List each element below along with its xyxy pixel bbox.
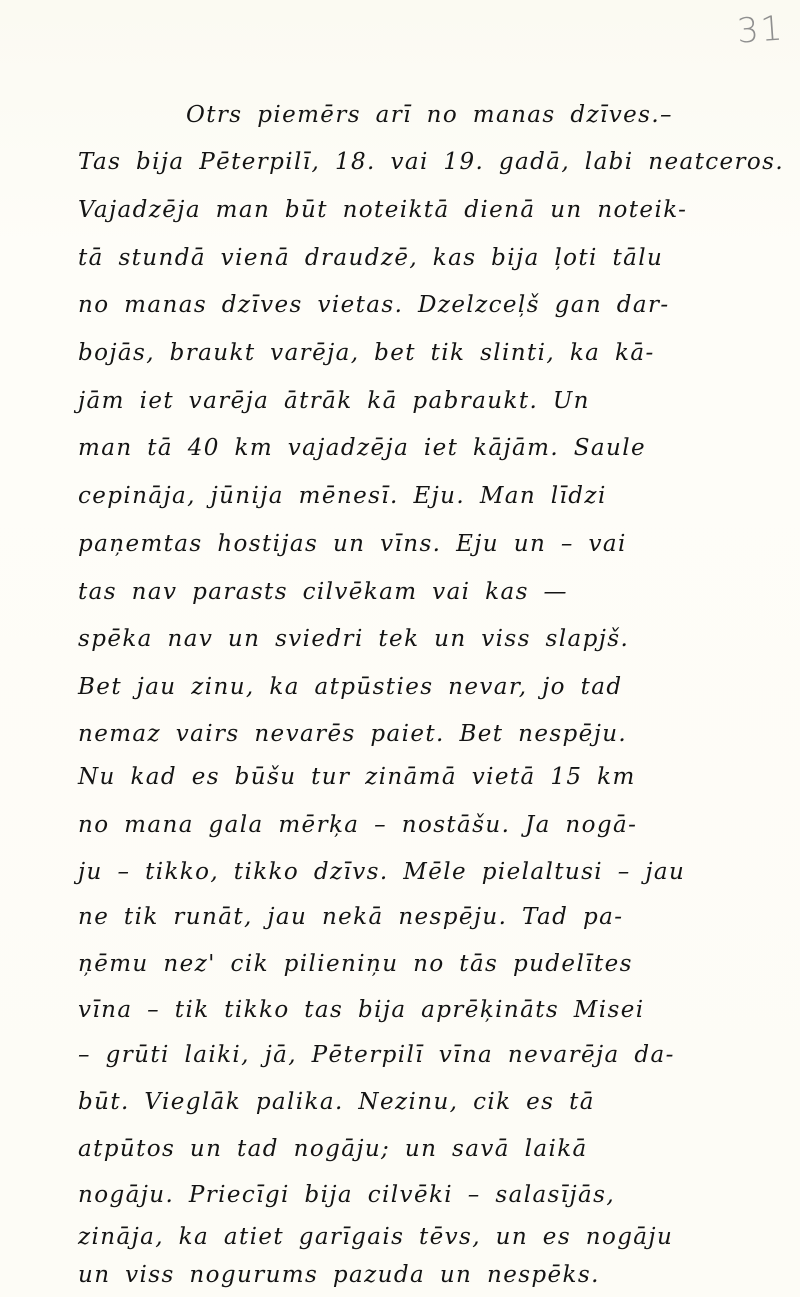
text-line: nemaz vairs nevarēs paiet. Bet nespēju.: [78, 719, 718, 749]
text-line: nogāju. Priecīgi bija cilvēki – salasījā…: [78, 1180, 718, 1210]
text-line: ne tik runāt, jau nekā nespēju. Tad pa-: [78, 902, 718, 932]
text-line: atpūtos un tad nogāju; un savā laikā: [78, 1134, 718, 1164]
text-line: Vajadzēja man būt noteiktā dienā un note…: [78, 195, 718, 225]
text-line: bojās, braukt varēja, bet tik slinti, ka…: [78, 338, 718, 368]
page-number: 31: [736, 8, 786, 51]
text-line: no mana gala mērķa – nostāšu. Ja nogā-: [78, 810, 718, 840]
text-line: būt. Vieglāk palika. Nezinu, cik es tā: [78, 1087, 718, 1117]
text-line: no manas dzīves vietas. Dzelzceļš gan da…: [78, 290, 718, 320]
text-line: tā stundā vienā draudzē, kas bija ļoti t…: [78, 243, 718, 273]
text-line: ju – tikko, tikko dzīvs. Mēle pielaltusi…: [78, 857, 718, 887]
text-line: ņēmu nez' cik pilieniņu no tās pudelītes: [78, 949, 718, 979]
text-line: Nu kad es būšu tur zināmā vietā 15 km: [78, 762, 718, 792]
text-line: vīna – tik tikko tas bija aprēķināts Mis…: [78, 995, 718, 1025]
text-line: – grūti laiki, jā, Pēterpilī vīna nevarē…: [78, 1040, 718, 1070]
text-line: paņemtas hostijas un vīns. Eju un – vai: [78, 529, 718, 559]
text-line: Bet jau zinu, ka atpūsties nevar, jo tad: [78, 672, 718, 702]
text-line: man tā 40 km vajadzēja iet kājām. Saule: [78, 433, 718, 463]
manuscript-page: 31 Otrs piemērs arī no manas dzīves.– Ta…: [0, 0, 800, 1297]
text-line: un viss nogurums pazuda un nespēks.: [78, 1260, 718, 1290]
text-line: cepināja, jūnija mēnesī. Eju. Man līdzi: [78, 481, 718, 511]
text-line: spēka nav un sviedri tek un viss slapjš.: [78, 624, 718, 654]
text-line: zināja, ka atiet garīgais tēvs, un es no…: [78, 1222, 718, 1252]
text-line: Tas bija Pēterpilī, 18. vai 19. gadā, la…: [78, 147, 718, 177]
text-line: jām iet varēja ātrāk kā pabraukt. Un: [78, 386, 718, 416]
text-line: Otrs piemērs arī no manas dzīves.–: [186, 100, 726, 130]
text-line: tas nav parasts cilvēkam vai kas —: [78, 577, 718, 607]
